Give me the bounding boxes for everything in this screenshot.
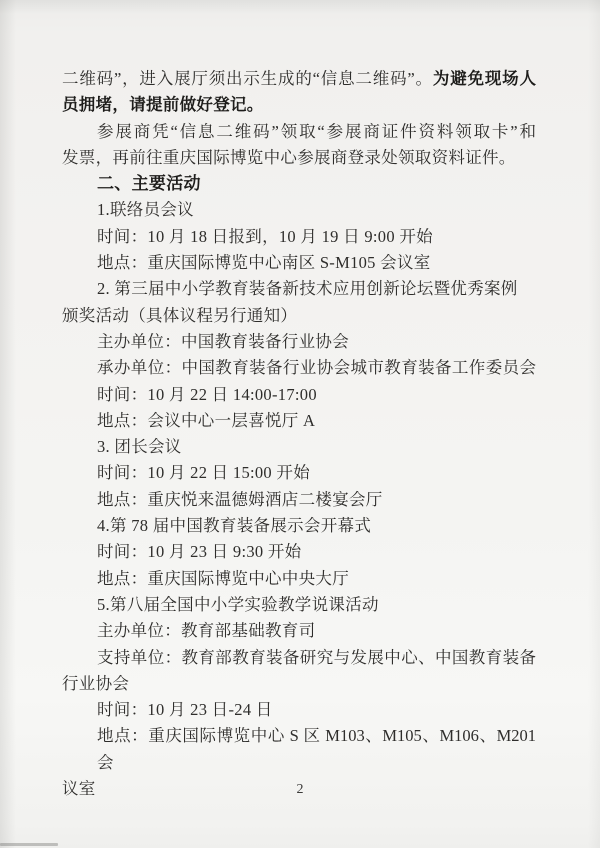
scan-artifact-smudge [0,843,58,846]
doc-line-activity3-title: 3. 团长会议 [62,434,536,460]
doc-line-activity1-title: 1.联络员会议 [62,197,536,223]
doc-line-invoice: 发票，再前往重庆国际博览中心参展商登录处领取资料证件。 [62,145,536,171]
doc-line-activity3-time: 时间：10 月 22 日 15:00 开始 [62,460,536,486]
doc-line-activity4-time: 时间：10 月 23 日 9:30 开始 [62,539,536,565]
page-number: 2 [0,782,600,798]
doc-line-activity5-supporter: 支持单位：教育部教育装备研究与发展中心、中国教育装备 [62,645,536,671]
doc-line-activity4-title: 4.第 78 届中国教育装备展示会开幕式 [62,513,536,539]
doc-line-activity5-title: 5.第八届全国中小学实验教学说课活动 [62,592,536,618]
doc-line-activity5-location: 地点：重庆国际博览中心 S 区 M103、M105、M106、M201 会 [62,723,536,776]
doc-line-activity5-host: 主办单位：教育部基础教育司 [62,618,536,644]
document-body: 二维码”，进入展厅须出示生成的“信息二维码”。为避免现场人 员拥堵，请提前做好登… [62,66,536,802]
section-heading-main-activities: 二、主要活动 [62,171,536,197]
doc-line-exhibitor-card: 参展商凭“信息二维码”领取“参展商证件资料领取卡”和 [62,119,536,145]
doc-line-activity3-location: 地点：重庆悦来温德姆酒店二楼宴会厅 [62,487,536,513]
scanned-page: 二维码”，进入展厅须出示生成的“信息二维码”。为避免现场人 员拥堵，请提前做好登… [0,0,600,848]
bold-emphasis: 为避免现场人 [433,69,536,88]
doc-line-activity2-host: 主办单位：中国教育装备行业协会 [62,329,536,355]
doc-line-activity2-location: 地点：会议中心一层喜悦厅 A [62,408,536,434]
doc-line-activity1-time: 时间：10 月 18 日报到，10 月 19 日 9:00 开始 [62,224,536,250]
intro-regular-text: 二维码”，进入展厅须出示生成的“信息二维码”。 [62,69,433,88]
doc-line-activity2-organizer: 承办单位：中国教育装备行业协会城市教育装备工作委员会 [62,355,536,381]
doc-line-activity1-location: 地点：重庆国际博览中心南区 S-M105 会议室 [62,250,536,276]
doc-line-activity2-title-cont: 颁奖活动（具体议程另行通知） [62,303,536,329]
doc-line-intro-continuation: 二维码”，进入展厅须出示生成的“信息二维码”。为避免现场人 [62,66,536,92]
doc-line-activity5-supporter-cont: 行业协会 [62,671,536,697]
doc-line-activity2-time: 时间：10 月 22 日 14:00-17:00 [62,382,536,408]
doc-line-activity4-location: 地点：重庆国际博览中心中央大厅 [62,566,536,592]
doc-line-activity5-time: 时间：10 月 23 日-24 日 [62,697,536,723]
doc-line-registration-notice: 员拥堵，请提前做好登记。 [62,92,536,118]
doc-line-activity2-title: 2. 第三届中小学教育装备新技术应用创新论坛暨优秀案例 [62,276,536,302]
